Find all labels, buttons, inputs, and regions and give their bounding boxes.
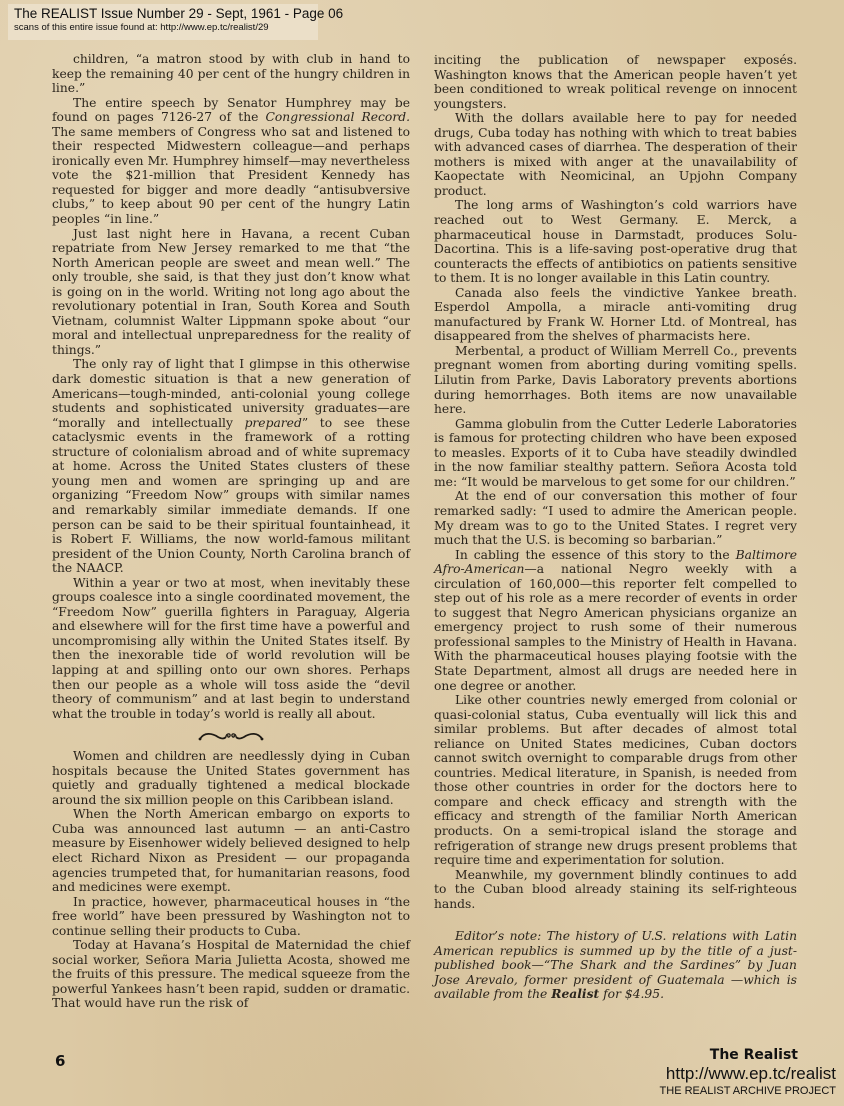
book-title: “The Shark and the Sardines”: [544, 958, 741, 972]
paragraph: Women and children are needlessly dying …: [52, 749, 410, 807]
right-column: inciting the publication of newspaper ex…: [434, 53, 797, 1002]
paragraph: Within a year or two at most, when inevi…: [52, 576, 410, 721]
paragraph: In cabling the essence of this story to …: [434, 548, 797, 693]
page-number: 6: [55, 1052, 65, 1070]
paragraph: In practice, however, pharmaceutical hou…: [52, 895, 410, 939]
paragraph: With the dollars available here to pay f…: [434, 111, 797, 198]
archive-project-label: THE REALIST ARCHIVE PROJECT: [660, 1084, 836, 1098]
paragraph: The only ray of light that I glimpse in …: [52, 357, 410, 575]
paragraph: Meanwhile, my government blindly continu…: [434, 868, 797, 912]
footer: The Realist http://www.ep.tc/realist THE…: [660, 1046, 836, 1098]
left-column: children, “a matron stood by with club i…: [52, 52, 410, 1011]
editor-note: Editor’s note: The history of U.S. relat…: [434, 929, 797, 1002]
paragraph: inciting the publication of newspaper ex…: [434, 53, 797, 111]
paragraph: Just last night here in Havana, a recent…: [52, 227, 410, 358]
archive-url-link[interactable]: http://www.ep.tc/realist: [660, 1064, 836, 1084]
paragraph: Merbental, a product of William Merrell …: [434, 344, 797, 417]
emphasis: prepared: [245, 416, 302, 430]
paragraph: Today at Havana’s Hospital de Maternidad…: [52, 938, 410, 1011]
paragraph: The entire speech by Senator Humphrey ma…: [52, 96, 410, 227]
paragraph: The long arms of Washington’s cold warri…: [434, 198, 797, 285]
archive-source-note: scans of this entire issue found at: htt…: [14, 22, 312, 34]
publication-title: Congressional Record.: [266, 110, 411, 124]
magazine-name: The Realist: [660, 1046, 798, 1064]
flourish-divider-icon: [196, 729, 266, 743]
paragraph: At the end of our conversation this moth…: [434, 489, 797, 547]
archive-header: The REALIST Issue Number 29 - Sept, 1961…: [8, 4, 318, 40]
paragraph: Canada also feels the vindictive Yankee …: [434, 286, 797, 344]
publication-name: Realist: [551, 986, 599, 1001]
paragraph: Like other countries newly emerged from …: [434, 693, 797, 868]
paragraph: children, “a matron stood by with club i…: [52, 52, 410, 96]
archive-title: The REALIST Issue Number 29 - Sept, 1961…: [14, 6, 312, 22]
paragraph: Gamma globulin from the Cutter Lederle L…: [434, 417, 797, 490]
paragraph: When the North American embargo on expor…: [52, 807, 410, 894]
